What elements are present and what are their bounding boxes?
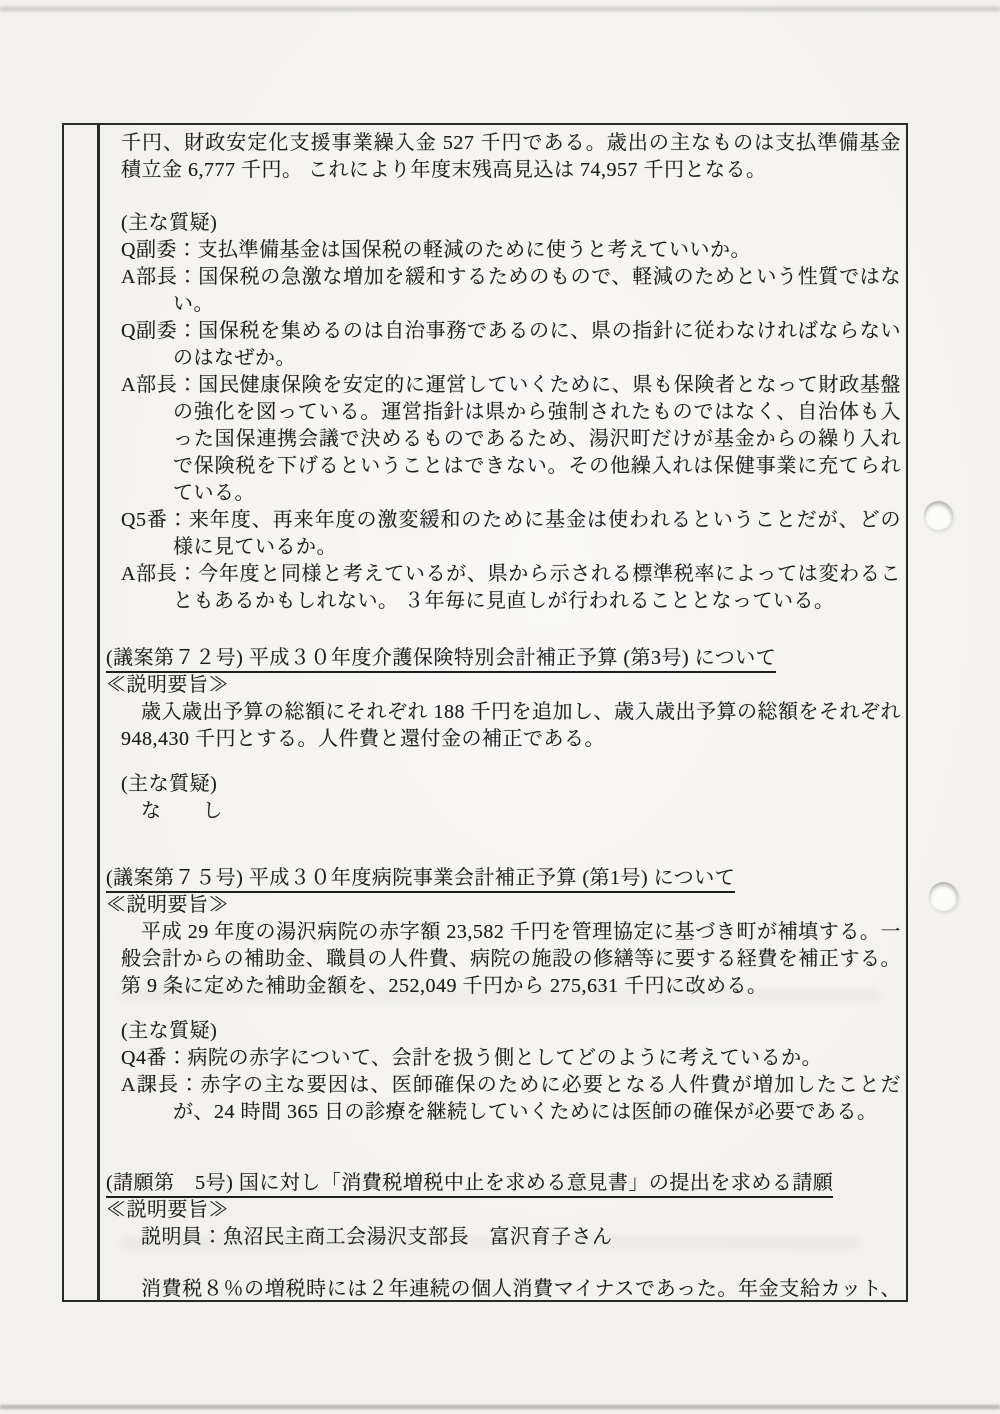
qa-speaker-label: A部長： [121,374,198,396]
qa-item: A部長：今年度と同様と考えているが、県から示される標準税率によっては変わることも… [121,561,901,615]
qa-text: 支払準備基金は国保税の軽減のために使うと考えていいか。 [197,239,751,261]
qa-text: 国保税の急激な増加を緩和するためのもので、軽減のためという性質ではない。 [173,266,901,315]
scan-artifact-top-edge [0,5,1000,13]
qa-item: Q4番：病院の赤字について、会計を扱う側としてどのように考えているか。 [121,1045,901,1072]
paragraph-budget-carryover: 千円、財政安定化支援事業繰入金 527 千円である。歳出の主なものは支払準備基金… [121,130,901,184]
paragraph-petition-presenter: 説明員：魚沼民主商工会湯沢支部長 富沢育子さん [121,1224,901,1251]
qa-speaker-label: Q4番： [121,1047,187,1069]
scanned-document-page: 千円、財政安定化支援事業繰入金 527 千円である。歳出の主なものは支払準備基金… [0,0,1000,1414]
qa-text: 赤字の主な要因は、医師確保のために必要となる人件費が増加したことだが、24 時間… [173,1074,901,1123]
punch-hole [924,501,953,530]
qa-text: 病院の赤字について、会計を扱う側としてどのように考えているか。 [187,1047,822,1069]
section-heading-text: (議案第７５号) 平成３０年度病院事業会計補正予算 (第1号) について [106,867,735,893]
qa-item: A部長：国保税の急激な増加を緩和するためのもので、軽減のためという性質ではない。 [121,264,901,318]
qa-item: A課長：赤字の主な要因は、医師確保のために必要となる人件費が増加したことだが、2… [121,1072,901,1126]
section-heading-bill-75: (議案第７５号) 平成３０年度病院事業会計補正予算 (第1号) について [106,865,901,892]
section-heading-bill-72: (議案第７２号) 平成３０年度介護保険特別会計補正予算 (第3号) について [106,645,901,672]
punch-hole [929,882,958,911]
qa-item: A部長：国民健康保険を安定的に運営していくために、県も保険者となって財政基盤の強… [121,372,901,507]
paragraph-bill-72-summary: 歳入歳出予算の総額にそれぞれ 188 千円を追加し、歳入歳出予算の総額をそれぞれ… [121,699,901,753]
document-body: 千円、財政安定化支援事業繰入金 527 千円である。歳出の主なものは支払準備基金… [100,125,906,1300]
label-explanation-summary: ≪説明要旨≫ [106,672,901,699]
qa-speaker-label: A課長： [121,1074,200,1096]
document-border-box: 千円、財政安定化支援事業繰入金 527 千円である。歳出の主なものは支払準備基金… [62,123,908,1302]
label-main-questions: (主な質疑) [121,1018,901,1045]
qa-text: 今年度と同様と考えているが、県から示される標準税率によっては変わることもあるかも… [173,563,901,612]
qa-text: 国保税を集めるのは自治事務であるのに、県の指針に従わなければならないのはなぜか。 [173,320,901,369]
label-explanation-summary: ≪説明要旨≫ [106,892,901,919]
qa-item: Q副委：支払準備基金は国保税の軽減のために使うと考えていいか。 [121,237,901,264]
left-margin-column [64,125,100,1300]
qa-item: Q副委：国保税を集めるのは自治事務であるのに、県の指針に従わなければならないのは… [121,318,901,372]
qa-text: 来年度、再来年度の激変緩和のために基金は使われるということだが、どの様に見ている… [173,509,901,558]
section-heading-petition-5: (請願第 5号) 国に対し「消費税増税中止を求める意見書」の提出を求める請願 [106,1170,901,1197]
paragraph-bill-75-summary: 平成 29 年度の湯沢病院の赤字額 23,582 千円を管理協定に基づき町が補填… [121,919,901,1000]
qa-text: 国民健康保険を安定的に運営していくために、県も保険者となって財政基盤の強化を図っ… [173,374,901,504]
label-main-questions: (主な質疑) [121,771,901,798]
paragraph-none: な し [121,798,901,825]
scan-artifact-bottom-edge [0,1405,1000,1409]
paragraph-petition-summary: 消費税８％の増税時には２年連続の個人消費マイナスであった。年金支給カット、社会保… [121,1276,901,1300]
qa-item: Q5番：来年度、再来年度の激変緩和のために基金は使われるということだが、どの様に… [121,507,901,561]
qa-speaker-label: Q5番： [121,509,189,531]
label-explanation-summary: ≪説明要旨≫ [106,1197,901,1224]
section-heading-text: (議案第７２号) 平成３０年度介護保険特別会計補正予算 (第3号) について [106,647,776,673]
qa-speaker-label: Q副委： [121,320,198,342]
section-heading-text: (請願第 5号) 国に対し「消費税増税中止を求める意見書」の提出を求める請願 [106,1172,833,1198]
qa-speaker-label: A部長： [121,563,198,585]
qa-speaker-label: A部長： [121,266,198,288]
qa-speaker-label: Q副委： [121,239,197,261]
label-main-questions: (主な質疑) [121,210,901,237]
